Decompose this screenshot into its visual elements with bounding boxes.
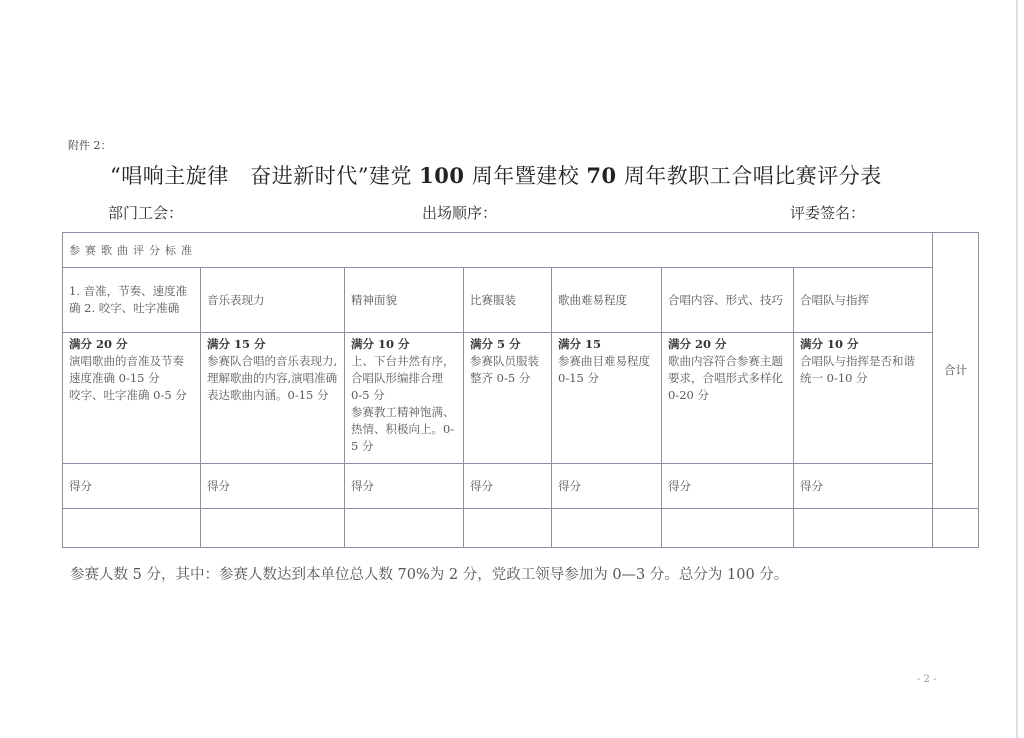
full-score: 满分 10 分 xyxy=(351,336,457,353)
category-costume: 比赛服装 xyxy=(464,268,552,333)
category-content-form: 合唱内容、形式、技巧 xyxy=(662,268,794,333)
full-score: 满分 20 分 xyxy=(69,336,194,353)
category-row: 1. 音准，节奏、速度准确 2. 咬字、吐字准确 音乐表现力 精神面貌 比赛服装… xyxy=(63,268,979,333)
criteria-description: 演唱歌曲的音准及节奏速度准确 0-15 分 咬字、吐字准确 0-5 分 xyxy=(69,353,194,404)
score-label: 得分 xyxy=(345,464,464,509)
title-part-2: 周年暨建校 xyxy=(472,164,580,188)
score-label: 得分 xyxy=(552,464,662,509)
criteria-description: 参赛队员服装整齐 0-5 分 xyxy=(470,353,545,387)
score-entry-spirit[interactable] xyxy=(345,509,464,548)
score-label: 得分 xyxy=(794,464,933,509)
page-number: - 2 - xyxy=(917,674,936,685)
score-entry-musical-expression[interactable] xyxy=(201,509,345,548)
judge-signature-field[interactable]: 评委签名： xyxy=(790,202,865,223)
full-score: 满分 20 分 xyxy=(668,336,787,353)
category-difficulty: 歌曲难易程度 xyxy=(552,268,662,333)
department-field[interactable]: 部门工会： xyxy=(108,202,183,223)
score-entry-difficulty[interactable] xyxy=(552,509,662,548)
total-header: 合计 xyxy=(933,233,979,509)
title-part-3: 周年教职工合唱比赛评分表 xyxy=(624,164,882,188)
category-choir-conductor: 合唱队与指挥 xyxy=(794,268,933,333)
full-score: 满分 5 分 xyxy=(470,336,545,353)
title-part-1: “唱响主旋律 奋进新时代”建党 xyxy=(110,164,412,188)
criteria-description: 歌曲内容符合参赛主题要求，合唱形式多样化 0-20 分 xyxy=(668,353,787,404)
score-label-row: 得分 得分 得分 得分 得分 得分 得分 xyxy=(63,464,979,509)
criteria-description: 参赛曲目难易程度 0-15 分 xyxy=(558,353,655,387)
criteria-cell-musical-expression: 满分 15 分 参赛队合唱的音乐表现力,理解歌曲的内容,演唱准确表达歌曲内涵。0… xyxy=(201,333,345,464)
criteria-cell-difficulty: 满分 15 参赛曲目难易程度 0-15 分 xyxy=(552,333,662,464)
criteria-description: 参赛队合唱的音乐表现力,理解歌曲的内容,演唱准确表达歌曲内涵。0-15 分 xyxy=(207,353,338,404)
title-number-2: 70 xyxy=(586,163,616,188)
footnote: 参赛人数 5 分，其中：参赛人数达到本单位总人数 70%为 2 分，党政工领导参… xyxy=(70,563,788,584)
category-spirit: 精神面貌 xyxy=(345,268,464,333)
criteria-description: 合唱队与指挥是否和谐统一 0-10 分 xyxy=(800,353,926,387)
score-entry-total[interactable] xyxy=(933,509,979,548)
attachment-label: 附件 2： xyxy=(68,137,112,153)
score-entry-costume[interactable] xyxy=(464,509,552,548)
scoring-table: 参赛歌曲评分标准 合计 1. 音准，节奏、速度准确 2. 咬字、吐字准确 音乐表… xyxy=(62,232,979,548)
performance-order-field[interactable]: 出场顺序： xyxy=(422,202,497,223)
description-row: 满分 20 分 演唱歌曲的音准及节奏速度准确 0-15 分 咬字、吐字准确 0-… xyxy=(63,333,979,464)
criteria-cell-choir-conductor: 满分 10 分 合唱队与指挥是否和谐统一 0-10 分 xyxy=(794,333,933,464)
criteria-cell-content-form: 满分 20 分 歌曲内容符合参赛主题要求，合唱形式多样化 0-20 分 xyxy=(662,333,794,464)
title-number-1: 100 xyxy=(419,163,464,188)
page-edge xyxy=(1016,0,1018,738)
score-label: 得分 xyxy=(662,464,794,509)
category-pitch-rhythm: 1. 音准，节奏、速度准确 2. 咬字、吐字准确 xyxy=(63,268,201,333)
criteria-cell-pitch-rhythm: 满分 20 分 演唱歌曲的音准及节奏速度准确 0-15 分 咬字、吐字准确 0-… xyxy=(63,333,201,464)
score-label: 得分 xyxy=(63,464,201,509)
full-score: 满分 15 xyxy=(558,336,655,353)
score-entry-content-form[interactable] xyxy=(662,509,794,548)
score-entry-pitch-rhythm[interactable] xyxy=(63,509,201,548)
criteria-header: 参赛歌曲评分标准 xyxy=(63,233,933,268)
criteria-cell-costume: 满分 5 分 参赛队员服装整齐 0-5 分 xyxy=(464,333,552,464)
criteria-description: 上、下台井然有序，合唱队形编排合理 0-5 分 参赛教工精神饱满、热情、积极向上… xyxy=(351,353,457,455)
full-score: 满分 15 分 xyxy=(207,336,338,353)
score-label: 得分 xyxy=(201,464,345,509)
document-title: “唱响主旋律 奋进新时代”建党 100 周年暨建校 70 周年教职工合唱比赛评分… xyxy=(110,160,882,190)
category-musical-expression: 音乐表现力 xyxy=(201,268,345,333)
score-entry-choir-conductor[interactable] xyxy=(794,509,933,548)
criteria-cell-spirit: 满分 10 分 上、下台井然有序，合唱队形编排合理 0-5 分 参赛教工精神饱满… xyxy=(345,333,464,464)
score-label: 得分 xyxy=(464,464,552,509)
full-score: 满分 10 分 xyxy=(800,336,926,353)
score-entry-row xyxy=(63,509,979,548)
